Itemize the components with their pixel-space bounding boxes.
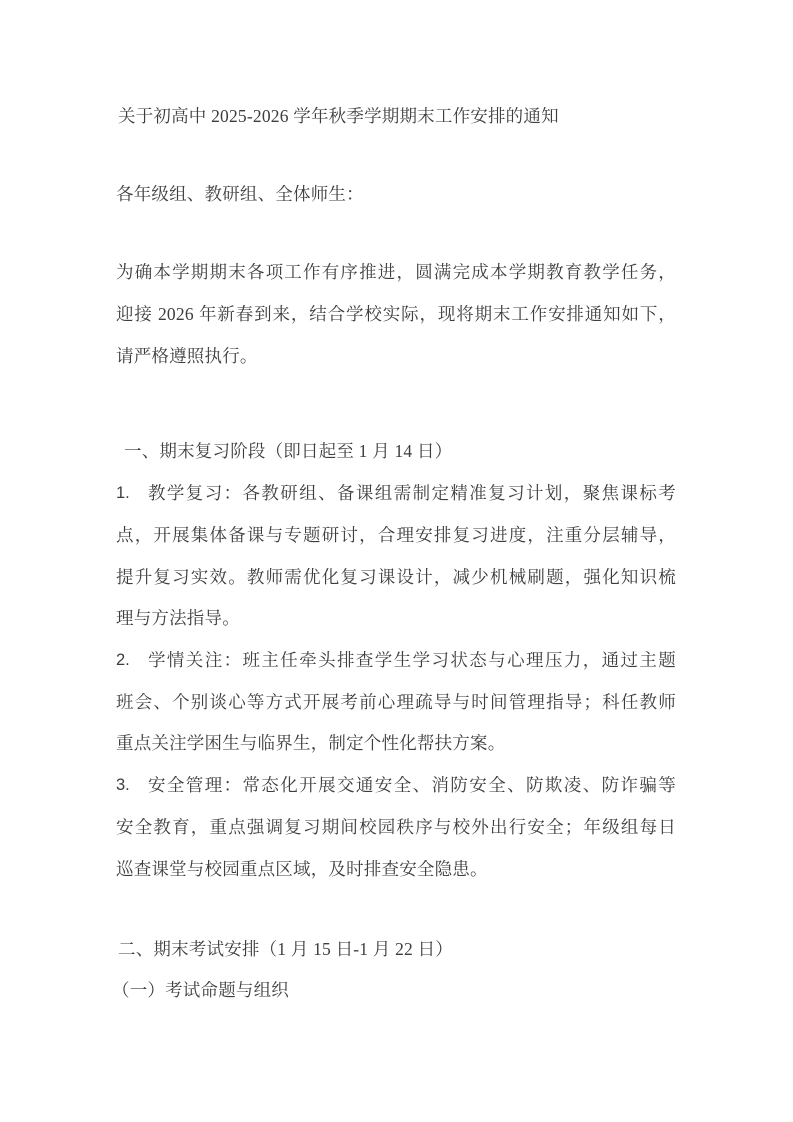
list-item-3-line: 安全管理：常态化开展交通安全、消防安全、防欺凌、防诈骗等 [148, 773, 676, 797]
list-item-2-line: 重点关注学困生与临界生，制定个性化帮扶方案。 [116, 731, 676, 755]
list-item-1-line: 点，开展集体备课与专题研讨，合理安排复习进度，注重分层辅导， [116, 523, 676, 547]
intro-paragraph-line: 为确本学期期末各项工作有序推进，圆满完成本学期教育教学任务， [116, 260, 676, 284]
section-2-subheading: （一）考试命题与组织 [112, 978, 672, 1002]
list-item-1-line: 教学复习：各教研组、备课组需制定精准复习计划，聚焦课标考 [148, 481, 676, 505]
list-item-2-line: 学情关注：班主任牵头排查学生学习状态与心理压力，通过主题 [148, 648, 676, 672]
intro-paragraph-line: 迎接 2026 年新春到来，结合学校实际，现将期末工作安排通知如下， [116, 302, 676, 326]
document-page: 关于初高中 2025-2026 学年秋季学期期末工作安排的通知 各年级组、教研组… [0, 0, 793, 1122]
list-item-2-line: 班会、个别谈心等方式开展考前心理疏导与时间管理指导；科任教师 [116, 690, 676, 714]
intro-paragraph-line: 请严格遵照执行。 [116, 344, 676, 368]
list-item-1-line: 理与方法指导。 [116, 606, 676, 630]
list-item-1-line: 提升复习实效。教师需优化复习课设计，减少机械刷题，强化知识梳 [116, 565, 676, 589]
list-item-2-number: 2. [116, 648, 146, 672]
section-1-heading: 一、期末复习阶段（即日起至 1 月 14 日） [124, 439, 684, 463]
salutation-line: 各年级组、教研组、全体师生： [116, 182, 676, 206]
list-item-3-number: 3. [116, 773, 146, 797]
document-title: 关于初高中 2025-2026 学年秋季学期期末工作安排的通知 [118, 104, 678, 128]
list-item-1-number: 1. [116, 481, 146, 505]
section-2-heading: 二、期末考试安排（1 月 15 日-1 月 22 日） [118, 937, 678, 961]
list-item-3-line: 巡查课堂与校园重点区域，及时排查安全隐患。 [116, 857, 676, 881]
list-item-3-line: 安全教育，重点强调复习期间校园秩序与校外出行安全；年级组每日 [116, 815, 676, 839]
